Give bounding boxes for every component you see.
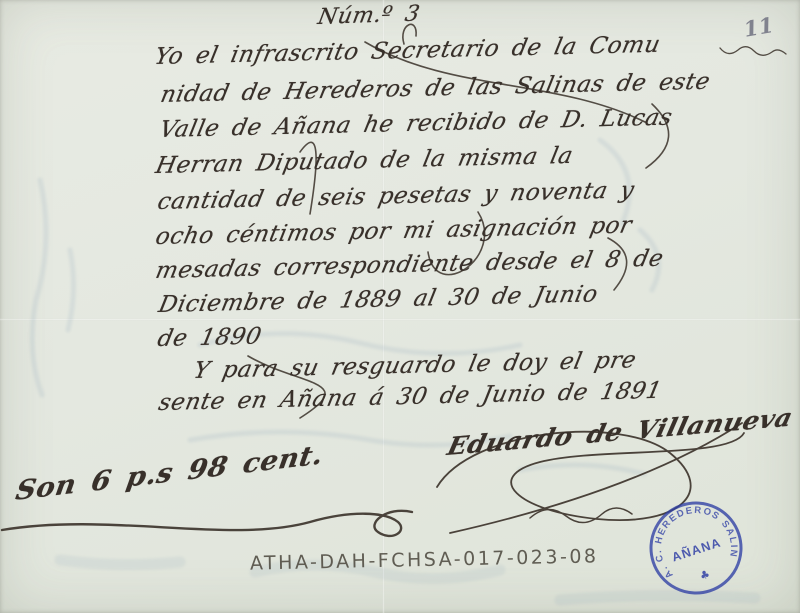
amount-underline-flourish — [0, 498, 440, 558]
body-line: de 1890 — [155, 323, 264, 352]
stamp-clover-symbol: ♣ — [698, 567, 711, 582]
scanned-manuscript-page: Núm.º 3 11 Yo el infrascrito Secretario … — [0, 0, 800, 613]
stamp-center-text: AÑANA — [670, 534, 723, 564]
